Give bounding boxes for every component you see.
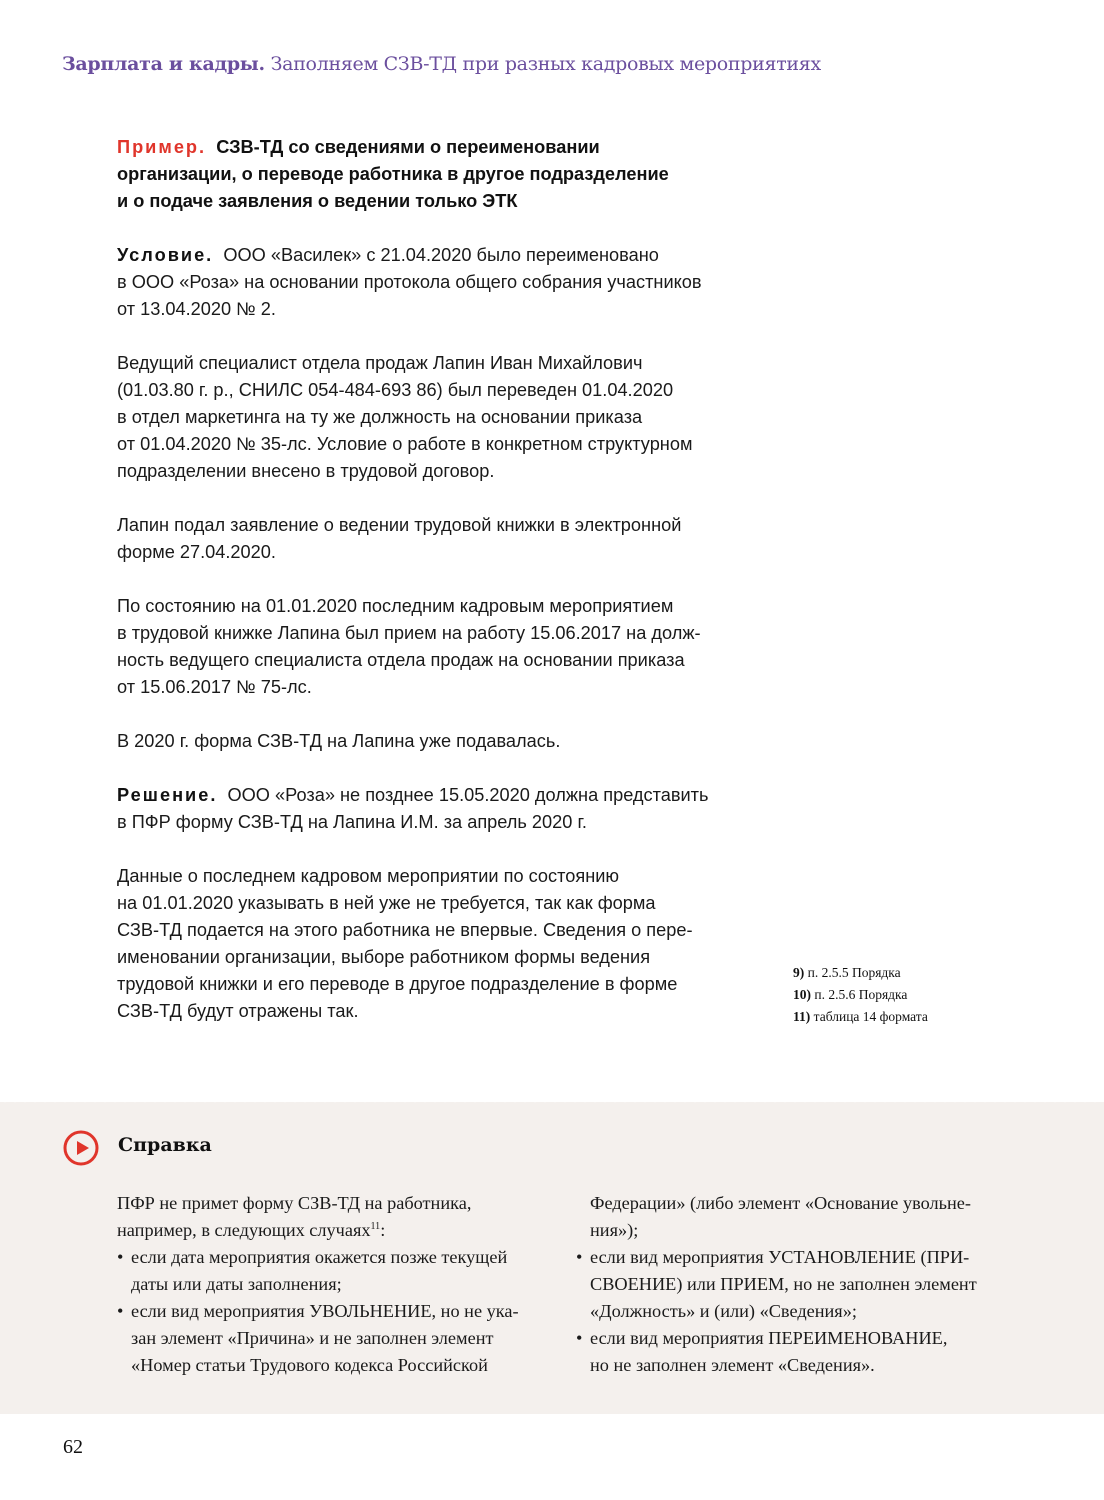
footnote-10: 10) п. 2.5.6 Порядка bbox=[793, 984, 928, 1006]
reference-column-left: ПФР не примет форму СЗВ-ТД на работника,… bbox=[117, 1190, 562, 1379]
footnote-11: 11) таблица 14 формата bbox=[793, 1006, 928, 1028]
footnotes: 9) п. 2.5.5 Порядка 10) п. 2.5.6 Порядка… bbox=[793, 962, 928, 1028]
solution-paragraph-2: Данные о последнем кадровом мероприятии … bbox=[117, 863, 757, 1025]
example-label: Пример. bbox=[117, 137, 206, 157]
page-number: 62 bbox=[63, 1436, 83, 1459]
bullet-item: •если вид мероприятия УВОЛЬНЕНИЕ, но не … bbox=[117, 1298, 562, 1325]
condition-paragraph-4: По состоянию на 01.01.2020 последним кад… bbox=[117, 593, 757, 701]
main-text: Пример. СЗВ-ТД со сведениями о переимено… bbox=[117, 134, 757, 1052]
header-subtitle: Заполняем СЗВ-ТД при разных кадровых мер… bbox=[271, 53, 821, 75]
bullet-item: •если вид мероприятия УСТАНОВЛЕНИЕ (ПРИ- bbox=[576, 1244, 1026, 1271]
condition-paragraph-3: Лапин подал заявление о ведении трудовой… bbox=[117, 512, 757, 566]
bullet-icon: • bbox=[117, 1298, 131, 1325]
reference-title: Справка bbox=[118, 1134, 212, 1156]
solution-paragraph-1: Решение. ООО «Роза» не позднее 15.05.202… bbox=[117, 782, 757, 836]
header-section: Зарплата и кадры. bbox=[62, 53, 265, 75]
condition-paragraph-1: Условие. ООО «Василек» с 21.04.2020 было… bbox=[117, 242, 757, 323]
footnote-ref-11: 11 bbox=[371, 1221, 381, 1232]
running-header: Зарплата и кадры. Заполняем СЗВ-ТД при р… bbox=[62, 53, 821, 75]
bullet-item: •если дата мероприятия окажется позже те… bbox=[117, 1244, 562, 1271]
bullet-item: •если вид мероприятия ПЕРЕИМЕНОВАНИЕ, bbox=[576, 1325, 1026, 1352]
condition-label: Условие. bbox=[117, 245, 213, 265]
footnote-9: 9) п. 2.5.5 Порядка bbox=[793, 962, 928, 984]
solution-label: Решение. bbox=[117, 785, 217, 805]
condition-paragraph-5: В 2020 г. форма СЗВ-ТД на Лапина уже под… bbox=[117, 728, 757, 755]
bullet-icon: • bbox=[576, 1244, 590, 1271]
bullet-icon: • bbox=[117, 1244, 131, 1271]
play-circle-icon bbox=[63, 1130, 99, 1166]
example-heading: Пример. СЗВ-ТД со сведениями о переимено… bbox=[117, 134, 757, 215]
bullet-icon: • bbox=[576, 1325, 590, 1352]
reference-column-right: Федерации» (либо элемент «Основание увол… bbox=[576, 1190, 1026, 1379]
condition-paragraph-2: Ведущий специалист отдела продаж Лапин И… bbox=[117, 350, 757, 485]
